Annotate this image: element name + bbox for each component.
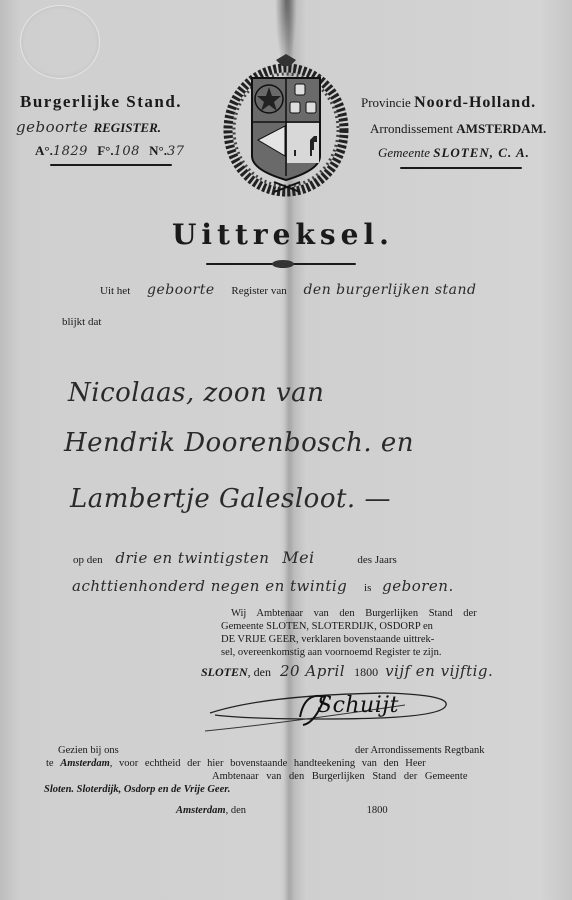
intro-middle: Register van <box>231 285 286 297</box>
district-line: Arrondissement AMSTERDAM. <box>370 121 546 137</box>
burgerlijke-stand-title: Burgerlijke Stand. <box>20 92 182 112</box>
birth-month: Mei <box>282 548 314 567</box>
register-label: REGISTER. <box>93 120 161 135</box>
certification-year-handwritten: vijf en vijftig. <box>385 662 493 680</box>
district-value: AMSTERDAM. <box>456 121 546 136</box>
intro-prefix: Uit het <box>100 285 130 297</box>
province-value: Noord-Holland. <box>414 94 536 111</box>
legalisation-line3: Ambtenaar van den Burgerlijken Stand der… <box>212 771 467 782</box>
certification-place: SLOTEN <box>201 665 248 679</box>
father-name-line: Hendrik Doorenbosch. en <box>64 428 414 458</box>
register-numbers: A°.1829 F°.108 N°.37 <box>35 143 185 159</box>
district-label: Arrondissement <box>370 121 453 136</box>
official-signature: Schuijt <box>205 683 465 743</box>
born-value: geboren. <box>382 577 454 595</box>
legalisation-line4: Sloten. Sloterdijk, Osdorp en de Vrije G… <box>44 784 230 795</box>
birth-year-line: achttienhonderd negen en twintig is gebo… <box>72 577 454 595</box>
legalisation-place: Amsterdam <box>176 805 226 816</box>
embossed-seal <box>20 5 100 79</box>
legalisation-year: 1800 <box>367 805 388 816</box>
certification-line4: sel, overeenkomstig aan voornoemd Regist… <box>221 646 477 659</box>
intro-register-of: den burgerlijken stand <box>303 282 476 298</box>
title-ornament-center <box>272 260 294 268</box>
province-line: Provincie Noord-Holland. <box>361 94 536 112</box>
mother-name-line: Lambertje Galesloot. — <box>70 484 391 514</box>
born-label: is <box>364 582 371 594</box>
header-left-rule <box>50 164 172 166</box>
signature-text: Schuijt <box>317 693 399 718</box>
legalisation-den: , den <box>226 805 246 816</box>
certification-date: 20 April <box>280 662 345 680</box>
coat-of-arms-icon <box>222 52 350 202</box>
certification-year-printed: 1800 <box>354 665 378 679</box>
annus-label: A°. <box>35 143 53 158</box>
birth-year: achttienhonderd negen en twintig <box>72 577 347 595</box>
legalisation-line2: te Amsterdam, voor echtheid der hier bov… <box>46 758 426 769</box>
legalisation-date-line: Amsterdam, den 1800 <box>176 805 388 816</box>
birth-date-line: op den drie en twintigsten Mei des Jaars <box>73 548 397 567</box>
municipality-value: SLOTEN, C. A. <box>433 145 530 160</box>
certification-den: , den <box>248 665 271 679</box>
certification-line3: DE VRIJE GEER, verklaren bovenstaande ui… <box>221 633 477 646</box>
folio-value: 108 <box>114 144 140 159</box>
birth-on-label: op den <box>73 554 103 566</box>
document-title: Uittreksel. <box>172 218 394 251</box>
register-type-handwritten: geboorte <box>16 118 88 136</box>
intro-register-type: geboorte <box>147 282 215 298</box>
certification-line2: Gemeente SLOTEN, SLOTERDIJK, OSDORP en <box>221 620 477 633</box>
legalisation-line1-left: Gezien bij ons <box>58 745 119 756</box>
certification-date-line: SLOTEN, den 20 April 1800 vijf en vijfti… <box>201 662 493 680</box>
number-value: 37 <box>167 144 185 159</box>
municipality-label: Gemeente <box>378 145 430 160</box>
child-name-line: Nicolaas, zoon van <box>68 378 324 408</box>
folio-label: F°. <box>97 143 113 158</box>
intro-line2: blijkt dat <box>62 316 101 328</box>
annus-value: 1829 <box>53 144 88 159</box>
coat-of-arms-emblem <box>222 52 350 202</box>
legalisation-te: te <box>46 758 54 769</box>
intro-line: Uit het geboorte Register van den burger… <box>100 282 476 298</box>
municipality-line: Gemeente SLOTEN, C. A. <box>378 145 530 161</box>
legalisation-line1-right: der Arrondissements Regtbank <box>355 745 484 756</box>
birth-year-label: des Jaars <box>357 554 396 566</box>
register-line: geboorte REGISTER. <box>16 118 161 136</box>
certification-block: Wij Ambtenaar van den Burgerlijken Stand… <box>231 607 477 659</box>
legalisation-line2-rest: , voor echtheid der hier bovenstaande ha… <box>110 758 426 769</box>
legalisation-place-inline: Amsterdam <box>60 758 110 769</box>
birth-day: drie en twintigsten <box>115 549 269 567</box>
certification-line1: Wij Ambtenaar van den Burgerlijken Stand… <box>231 607 477 620</box>
header-right-rule <box>400 167 522 169</box>
province-label: Provincie <box>361 95 411 110</box>
number-label: N°. <box>149 143 167 158</box>
